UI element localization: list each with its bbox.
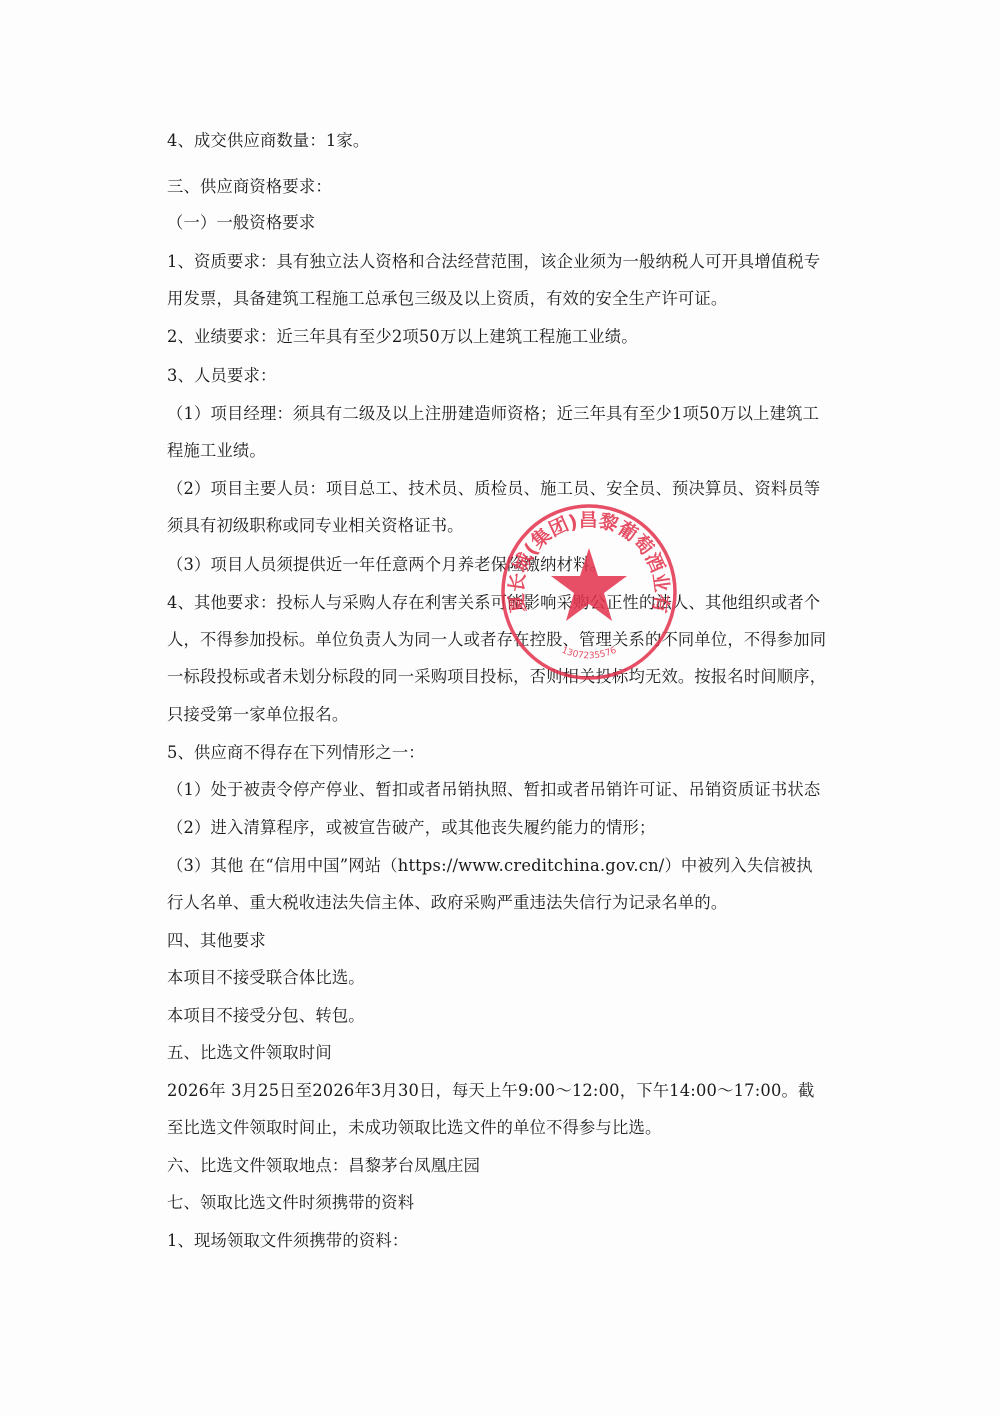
document-line: 至比选文件领取时间止，未成功领取比选文件的单位不得参与比选。: [167, 1118, 661, 1138]
document-line: 三、供应商资格要求：: [167, 177, 332, 197]
document-line: 七、领取比选文件时须携带的资料: [167, 1193, 414, 1213]
document-line: 2026年 3月25日至2026年3月30日，每天上午9:00～12:00，下午…: [167, 1081, 814, 1101]
document-line: （2）进入清算程序，或被宣告破产，或其他丧失履约能力的情形；: [167, 818, 656, 838]
document-line: （3）其他 在“信用中国”网站（https://www.creditchina.…: [167, 856, 813, 876]
document-line: 4、其他要求：投标人与采购人存在利害关系可能影响采购公正性的法人、其他组织或者个: [167, 593, 820, 613]
document-line: （3）项目人员须提供近一年任意两个月养老保险缴纳材料。: [167, 555, 606, 575]
document-line: 3、人员要求：: [167, 366, 276, 386]
document-line: （2）项目主要人员：项目总工、技术员、质检员、施工员、安全员、预决算员、资料员等: [167, 479, 820, 499]
document-line: 本项目不接受分包、转包。: [167, 1006, 365, 1026]
document-line: 一标段投标或者未划分标段的同一采购项目投标，否则相关投标均无效。按报名时间顺序，: [167, 667, 826, 687]
document-line: 2、业绩要求：近三年具有至少2项50万以上建筑工程施工业绩。: [167, 327, 638, 347]
document-line: 只接受第一家单位报名。: [167, 705, 348, 725]
document-line: 人，不得参加投标。单位负责人为同一人或者存在控股、管理关系的不同单位，不得参加同: [167, 630, 826, 650]
document-line: 六、比选文件领取地点：昌黎茅台凤凰庄园: [167, 1156, 480, 1176]
document-line: 行人名单、重大税收违法失信主体、政府采购严重违法失信行为记录名单的。: [167, 893, 727, 913]
document-line: 本项目不接受联合体比选。: [167, 968, 365, 988]
document-line: 1、现场领取文件须携带的资料：: [167, 1231, 408, 1251]
document-line: 1、资质要求：具有独立法人资格和合法经营范围，该企业须为一般纳税人可开具增值税专: [167, 252, 820, 272]
document-line: 须具有初级职称或同专业相关资格证书。: [167, 516, 464, 536]
document-line: 用发票，具备建筑工程施工总承包三级及以上资质，有效的安全生产许可证。: [167, 289, 727, 309]
document-line: （1）处于被责令停产停业、暂扣或者吊销执照、暂扣或者吊销许可证、吊销资质证书状态: [167, 780, 820, 800]
document-line: 程施工业绩。: [167, 441, 266, 461]
document-line: 4、成交供应商数量：1家。: [167, 131, 369, 151]
document-line: 5、供应商不得存在下列情形之一：: [167, 743, 425, 763]
document-line: 五、比选文件领取时间: [167, 1043, 332, 1063]
document-line: （1）项目经理：须具有二级及以上注册建造师资格；近三年具有至少1项50万以上建筑…: [167, 404, 819, 424]
document-line: （一）一般资格要求: [167, 213, 315, 233]
company-seal-stamp: 中粮华夏长城(集团)昌黎葡萄酒业有限公司 1307235576: [497, 500, 681, 684]
document-page: 4、成交供应商数量：1家。三、供应商资格要求：（一）一般资格要求1、资质要求：具…: [0, 0, 1000, 1415]
document-line: 四、其他要求: [167, 931, 266, 951]
